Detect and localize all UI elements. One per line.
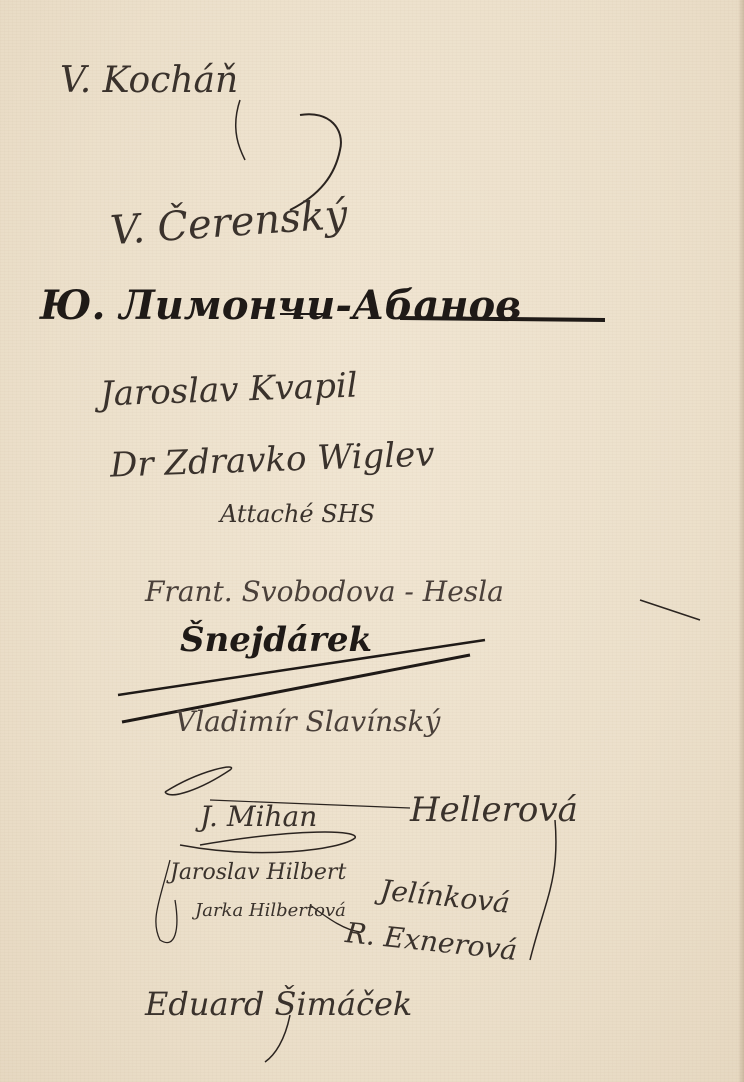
signature-hilbert: Jaroslav Hilbert xyxy=(170,860,346,885)
signature-kochan: V. Kocháň xyxy=(60,60,238,101)
signature-simacek: Eduard Šimáček xyxy=(145,985,412,1023)
attache-title: Attaché SHS xyxy=(220,500,375,528)
signature-limonchi: Ю. Лимончи-Абанов xyxy=(40,282,521,329)
signature-hilbertova: Jarka Hilbertová xyxy=(195,900,346,921)
autograph-page: V. Kocháň V. Čerenský Ю. Лимончи-Абанов … xyxy=(0,0,744,1082)
signature-slavinsky: Vladimír Slavínský xyxy=(175,705,440,738)
signature-svoboda: Frant. Svobodova - Hesla xyxy=(145,575,504,608)
signature-snejdarek: Šnejdárek xyxy=(180,620,372,660)
signature-mihan: J. Mihan xyxy=(200,800,317,833)
signature-hellerova: Hellerová xyxy=(410,790,578,830)
